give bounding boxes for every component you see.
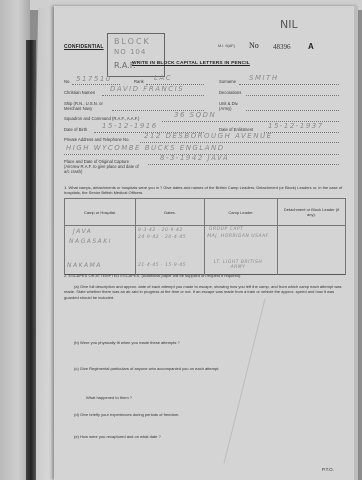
dates-nagasaki: 24-9-42 - 20-4-45 bbox=[138, 235, 186, 240]
block-stamp: BLOCK NO 104 R.A.F. bbox=[107, 33, 165, 77]
dates-nakama: 21-4-45 - 15-9-45 bbox=[138, 263, 186, 268]
nil-annotation: NIL bbox=[280, 18, 298, 31]
reference-number: 48396 bbox=[273, 43, 291, 51]
section1-question: 1. What camps, detachments or hospitals … bbox=[64, 185, 348, 196]
decorations-label: Decorations bbox=[219, 90, 241, 95]
christian-names-label: Christian Names bbox=[64, 90, 95, 95]
pencil-instruction: WRITE IN BLOCK CAPITAL LETTERS IN PENCIL bbox=[132, 61, 250, 66]
rank-value: LAC bbox=[154, 74, 172, 82]
binder-spine-shadow bbox=[26, 40, 36, 480]
camps-table: Camp or Hospital. Dates. Camp Leader. De… bbox=[64, 198, 346, 275]
rank-label: Rank bbox=[134, 79, 144, 84]
paper-crease bbox=[223, 298, 265, 463]
reference-suffix: A bbox=[308, 42, 314, 51]
escapes-note: (Additional paper will be supplied on re… bbox=[142, 273, 242, 278]
dates-cell: 8-3-42 - 20-9-42 24-9-42 - 20-4-45 21-4-… bbox=[136, 226, 205, 275]
address-line-1 bbox=[140, 142, 339, 143]
camp-nakama: NAKAMA bbox=[67, 262, 102, 269]
camp-java: JAVA bbox=[73, 228, 92, 235]
col-camp: Camp or Hospital. bbox=[65, 199, 136, 226]
question-c: (c) Give Regimental particulars of anyon… bbox=[74, 366, 219, 371]
confidential-label: CONFIDENTIAL bbox=[64, 44, 104, 50]
squadron-label: Squadron and Command (R.A.F., A.A.F.) bbox=[64, 116, 139, 121]
number-symbol: No bbox=[249, 41, 259, 50]
col-dates: Dates. bbox=[136, 199, 205, 226]
enlistment-value: 15-12-1937 bbox=[268, 122, 324, 130]
camp-cell: JAVA NAGASAKI NAKAMA bbox=[65, 226, 136, 275]
surname-line bbox=[239, 84, 339, 85]
ship-label: Ship (R.N., U.S.N. or Merchant Navy bbox=[64, 101, 112, 111]
question-e: (e) How were you recaptured and on what … bbox=[74, 434, 161, 439]
squadron-value: 36 SQDN bbox=[174, 111, 216, 119]
dob-value: 15-12-1916 bbox=[102, 122, 158, 130]
question-c-followup: What happened to them ? bbox=[86, 395, 132, 400]
dates-java: 8-3-42 - 20-9-42 bbox=[138, 228, 183, 233]
section2-heading: 2. ESCAPES OR ATTEMPTED ESCAPES. (Additi… bbox=[64, 273, 241, 278]
form-page: NIL CONFIDENTIAL BLOCK NO 104 R.A.F. WRI… bbox=[54, 6, 358, 480]
christian-names-value: DAVID FRANCIS bbox=[110, 85, 184, 93]
leader-nakama: LT. LIGHT BRITISH ARMY bbox=[209, 260, 267, 270]
leader-java: GROUP CAPT bbox=[209, 227, 243, 232]
capture-label: Place and Date of Original Capture (Airc… bbox=[64, 159, 144, 174]
reference-label: M.I. 9(AF) bbox=[218, 44, 235, 48]
question-d: (d) Give briefly your experiences during… bbox=[74, 412, 179, 417]
leader-cell: GROUP CAPT MAJ. HORRIGAN USAAF LT. LIGHT… bbox=[205, 226, 278, 275]
unit-label: Unit & Div. (Army) bbox=[219, 101, 243, 111]
question-b: (b) Were you physically fit when you mad… bbox=[74, 340, 180, 345]
enlistment-line bbox=[264, 132, 339, 133]
address-value-1: 212 DESBOROUGH AVENUE bbox=[144, 132, 273, 140]
block-leader-cell bbox=[278, 226, 346, 275]
stamp-line-1: BLOCK bbox=[114, 37, 151, 46]
escapes-heading: 2. ESCAPES OR ATTEMPTED ESCAPES. bbox=[64, 273, 140, 278]
col-block-leader: Detachment or Block Leader (if any). bbox=[278, 199, 346, 226]
address-label: Private Address and Telephone No. bbox=[64, 137, 130, 142]
camp-nagasaki: NAGASAKI bbox=[69, 238, 112, 245]
surname-value: SMITH bbox=[249, 74, 279, 82]
stamp-line-2: NO 104 bbox=[114, 48, 146, 56]
decorations-line bbox=[246, 95, 339, 96]
no-label: No. bbox=[64, 79, 71, 84]
surname-label: Surname bbox=[219, 79, 236, 84]
capture-value: 8-3-1942 JAVA bbox=[160, 154, 229, 162]
col-camp-leader: Camp Leader. bbox=[205, 199, 278, 226]
pto-label: P.T.O. bbox=[322, 467, 334, 472]
question-a: (a) Give full description and approx. da… bbox=[64, 284, 348, 300]
no-value: 517510 bbox=[76, 75, 112, 83]
address-value-2: HIGH WYCOMBE BUCKS ENGLAND bbox=[66, 144, 225, 152]
capture-line bbox=[148, 164, 339, 165]
dob-label: Date of Birth bbox=[64, 127, 87, 132]
christian-names-line bbox=[102, 95, 204, 96]
unit-line bbox=[246, 110, 339, 111]
leader-nagasaki: MAJ. HORRIGAN USAAF bbox=[207, 234, 269, 239]
